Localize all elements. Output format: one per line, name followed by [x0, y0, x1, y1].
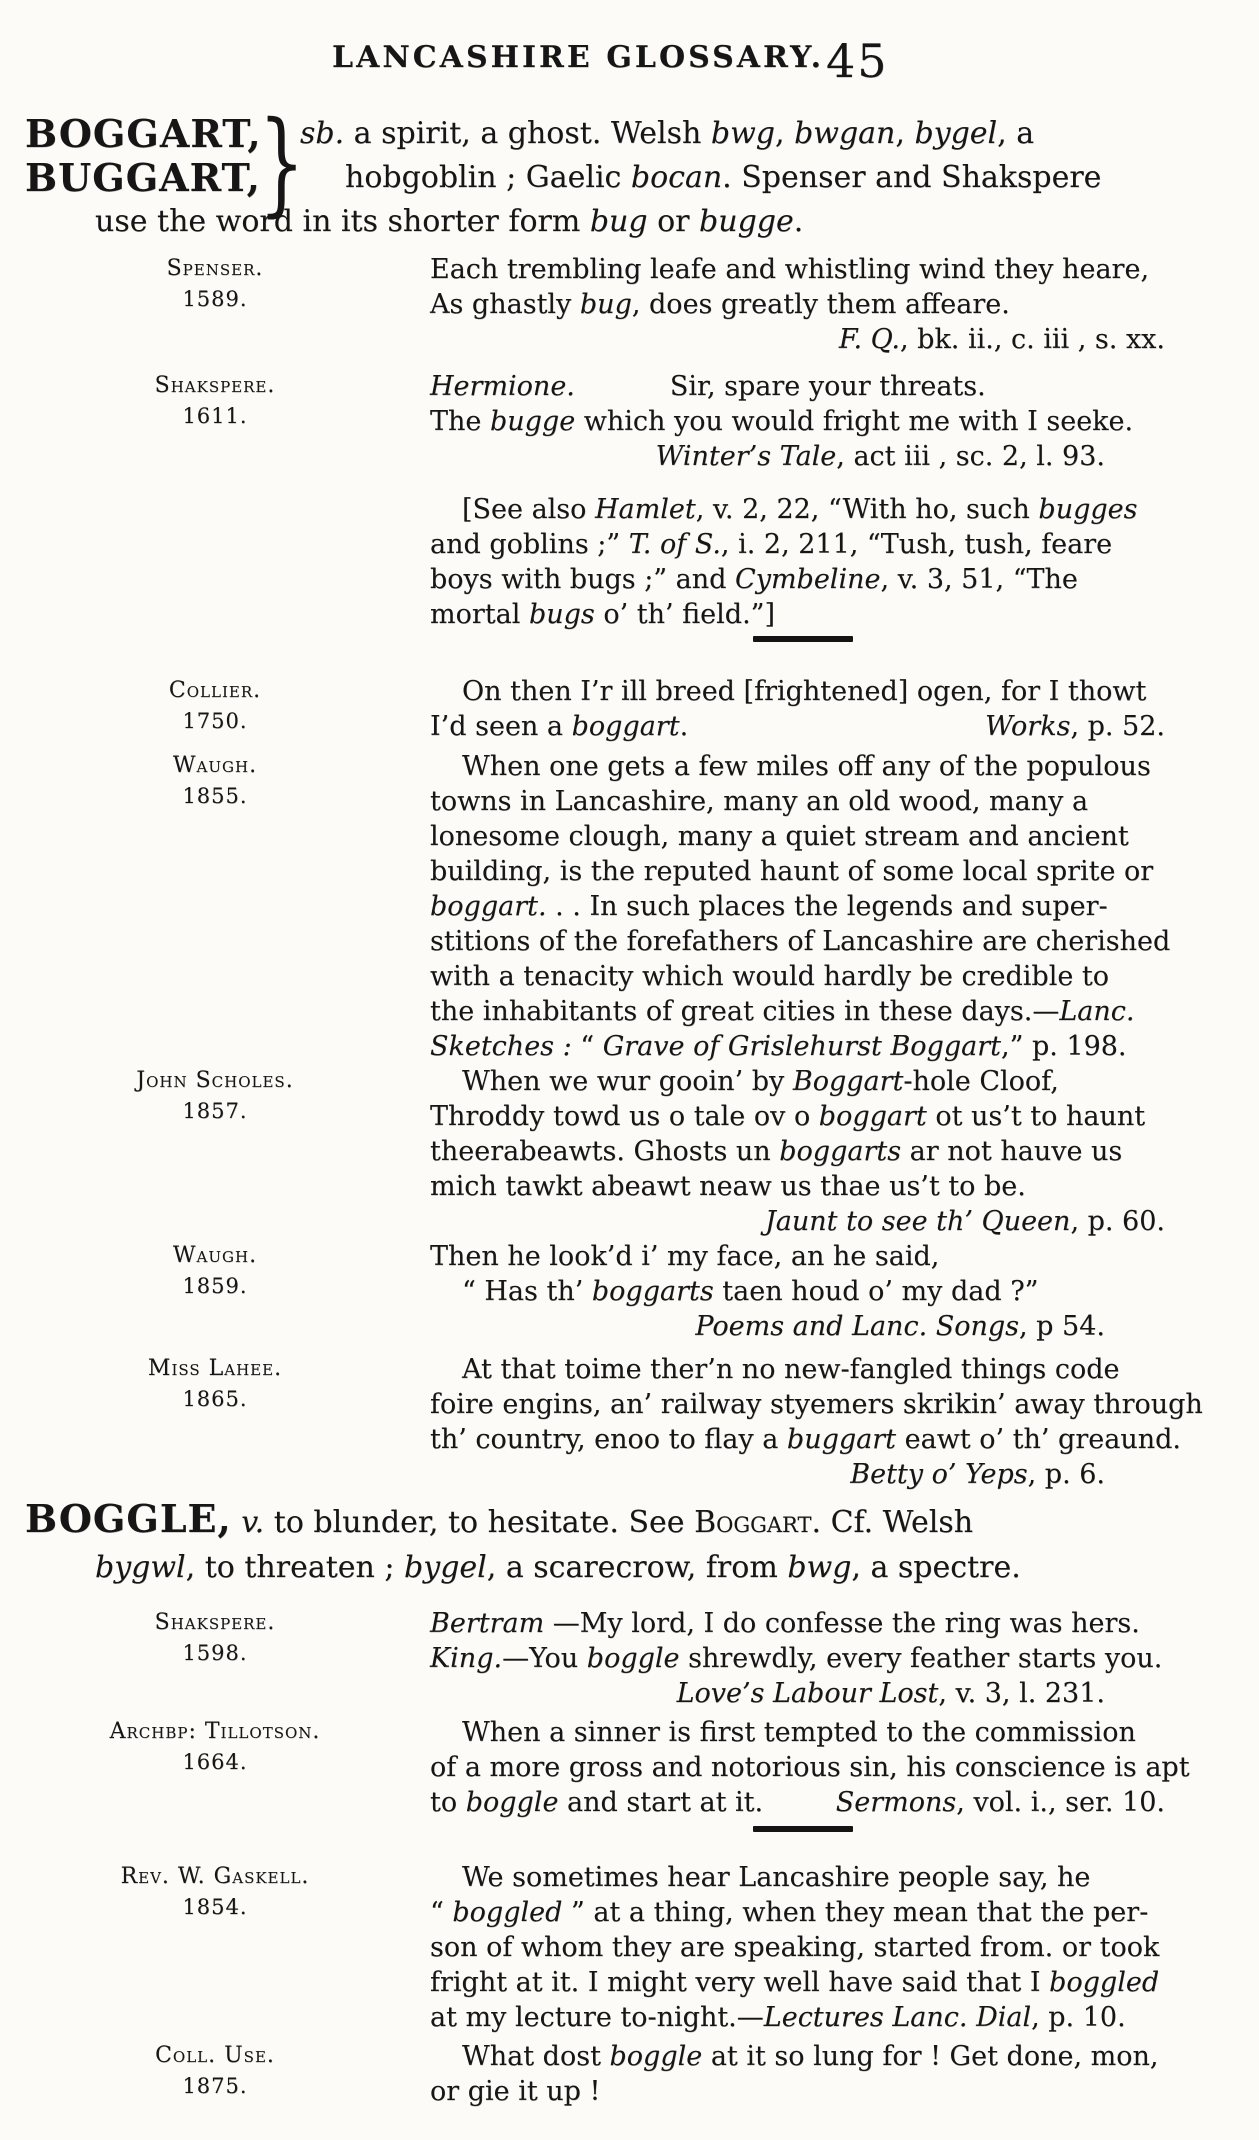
source-year: 1875.: [0, 2071, 430, 2101]
source-year: 1854.: [0, 1892, 430, 1922]
citation-tillotson-1664: Archbp: Tillotson. 1664. When a sinner i…: [0, 1715, 1165, 1820]
source-year: 1865.: [0, 1384, 430, 1414]
citation-gaskell-1854: Rev. W. Gaskell. 1854. We sometimes hear…: [0, 1860, 1165, 2035]
text-line: Each trembling leafe and whistling wind …: [430, 252, 1165, 287]
text-line: stitions of the forefathers of Lancashir…: [430, 924, 1165, 959]
brace-glyph: }: [258, 98, 304, 228]
page-number: 45: [826, 34, 889, 88]
citation-scholes-1857: John Scholes. 1857. When we wur gooin’ b…: [0, 1064, 1165, 1239]
text-line: lonesome clough, many a quiet stream and…: [430, 819, 1165, 854]
entry-boggart: BOGGART, BUGGART, } sb. a spirit, a ghos…: [0, 112, 1165, 244]
text-line: hobgoblin ; Gaelic bocan. Spenser and Sh…: [300, 156, 1165, 200]
citation-quote: When one gets a few miles off any of the…: [430, 749, 1165, 1064]
page-content: BOGGART, BUGGART, } sb. a spirit, a ghos…: [0, 112, 1165, 2109]
entry-headwords: BOGGART, BUGGART,: [25, 112, 262, 200]
source-year: 1855.: [0, 781, 430, 811]
source-name: John Scholes.: [0, 1066, 430, 1096]
text-line: sb. a spirit, a ghost. Welsh bwg, bwgan,…: [300, 112, 1165, 156]
citation-shakspere-1598: Shakspere. 1598. Bertram —My lord, I do …: [0, 1606, 1165, 1711]
text-line: Throddy towd us o tale ov o boggart ot u…: [430, 1099, 1165, 1134]
text-line: “ boggled ” at a thing, when they mean t…: [430, 1895, 1165, 1930]
source-year: 1589.: [0, 284, 430, 314]
citation-quote: Hermione.Sir, spare your threats.The bug…: [430, 369, 1165, 474]
text-line: King.—You boggle shrewdly, every feather…: [430, 1641, 1165, 1676]
source-year: 1859.: [0, 1271, 430, 1301]
citation-source: Shakspere. 1611.: [0, 369, 430, 474]
text-line: F. Q., bk. ii., c. iii , s. xx.: [430, 322, 1165, 357]
citation-collier-1750: Collier. 1750. On then I’r ill breed [fr…: [0, 674, 1165, 744]
text-line: or gie it up !: [430, 2074, 1165, 2109]
text-line: I’d seen a boggart.Works, p. 52.: [430, 709, 1165, 744]
text-line: As ghastly bug, does greatly them affear…: [430, 287, 1165, 322]
text-line: of a more gross and notorious sin, his c…: [430, 1750, 1165, 1785]
text-line: son of whom they are speaking, started f…: [430, 1930, 1165, 1965]
source-name: Collier.: [0, 676, 430, 706]
headword: BUGGART,: [25, 156, 262, 200]
text-line: The bugge which you would fright me with…: [430, 404, 1165, 439]
section-divider: [753, 1826, 853, 1832]
citation-quote: Each trembling leafe and whistling wind …: [430, 252, 1165, 357]
entry-definition: sb. a spirit, a ghost. Welsh bwg, bwgan,…: [300, 112, 1165, 200]
citation-quote: At that toime ther’n no new-fangled thin…: [430, 1352, 1165, 1492]
text-line: to boggle and start at it.Sermons, vol. …: [430, 1785, 1165, 1820]
text-line: th’ country, enoo to flay a buggart eawt…: [430, 1422, 1165, 1457]
citation-source: Waugh. 1859.: [0, 1239, 430, 1344]
citation-see-also-note: [See also Hamlet, v. 2, 22, “With ho, su…: [0, 492, 1165, 632]
text-line: with a tenacity which would hardly be cr…: [430, 959, 1165, 994]
section-divider: [753, 636, 853, 642]
citation-waugh-1855: Waugh. 1855. When one gets a few miles o…: [0, 749, 1165, 1064]
citation-quote: What dost boggle at it so lung for ! Get…: [430, 2039, 1165, 2109]
text-line: mortal bugs o’ th’ field.”]: [430, 597, 1165, 632]
source-year: 1750.: [0, 706, 430, 736]
citation-quote: Then he look’d i’ my face, an he said,“ …: [430, 1239, 1165, 1344]
headword: BOGGART,: [25, 112, 262, 156]
text-line: Betty o’ Yeps, p. 6.: [430, 1457, 1165, 1492]
citation-source: Shakspere. 1598.: [0, 1606, 430, 1711]
text-line: On then I’r ill breed [frightened] ogen,…: [430, 674, 1165, 709]
source-year: 1664.: [0, 1747, 430, 1777]
citation-spenser-1589: Spenser. 1589. Each trembling leafe and …: [0, 252, 1165, 357]
source-name: Waugh.: [0, 751, 430, 781]
text-line: Bertram —My lord, I do confesse the ring…: [430, 1606, 1165, 1641]
citation-quote: When a sinner is first tempted to the co…: [430, 1715, 1165, 1820]
citation-lahee-1865: Miss Lahee. 1865. At that toime ther’n n…: [0, 1352, 1165, 1492]
source-year: 1857.: [0, 1096, 430, 1126]
text-line: at my lecture to-night.—Lectures Lanc. D…: [430, 2000, 1165, 2035]
text-line: Hermione.Sir, spare your threats.: [430, 369, 1165, 404]
citation-source: Coll. Use. 1875.: [0, 2039, 430, 2109]
text-line: theerabeawts. Ghosts un boggarts ar not …: [430, 1134, 1165, 1169]
citation-source: Waugh. 1855.: [0, 749, 430, 1064]
citation-quote: When we wur gooin’ by Boggart-hole Cloof…: [430, 1064, 1165, 1239]
text-line: bygwl, to threaten ; bygel, a scarecrow,…: [25, 1545, 1165, 1590]
text-line: At that toime ther’n no new-fangled thin…: [430, 1352, 1165, 1387]
text-line: When a sinner is first tempted to the co…: [430, 1715, 1165, 1750]
citation-quote: On then I’r ill breed [frightened] ogen,…: [430, 674, 1165, 744]
source-name: Archbp: Tillotson.: [0, 1717, 430, 1747]
text-line: What dost boggle at it so lung for ! Get…: [430, 2039, 1165, 2074]
text-line: Sketches : “ Grave of Grislehurst Boggar…: [430, 1029, 1165, 1064]
source-name: Coll. Use.: [0, 2041, 430, 2071]
source-year: 1611.: [0, 401, 430, 431]
citation-quote: [See also Hamlet, v. 2, 22, “With ho, su…: [430, 492, 1165, 632]
citation-source: Collier. 1750.: [0, 674, 430, 744]
text-line: foire engins, an’ railway styemers skrik…: [430, 1387, 1165, 1422]
text-line: boys with bugs ;” and Cymbeline, v. 3, 5…: [430, 562, 1165, 597]
text-line: and goblins ;” T. of S., i. 2, 211, “Tus…: [430, 527, 1165, 562]
text-line: BOGGLE, v. to blunder, to hesitate. See …: [25, 1496, 1165, 1545]
entry-boggle: BOGGLE, v. to blunder, to hesitate. See …: [25, 1496, 1165, 1590]
text-line: Love’s Labour Lost, v. 3, l. 231.: [430, 1676, 1165, 1711]
text-line: When we wur gooin’ by Boggart-hole Cloof…: [430, 1064, 1165, 1099]
source-name: Miss Lahee.: [0, 1354, 430, 1384]
citation-source: Miss Lahee. 1865.: [0, 1352, 430, 1492]
citation-coll-use-1875: Coll. Use. 1875. What dost boggle at it …: [0, 2039, 1165, 2109]
text-line: towns in Lancashire, many an old wood, m…: [430, 784, 1165, 819]
entry-definition: BOGGLE, v. to blunder, to hesitate. See …: [25, 1496, 1165, 1590]
text-line: fright at it. I might very well have sai…: [430, 1965, 1165, 2000]
citation-quote: We sometimes hear Lancashire people say,…: [430, 1860, 1165, 2035]
text-line: boggart. . . In such places the legends …: [430, 889, 1165, 924]
citation-waugh-1859: Waugh. 1859. Then he look’d i’ my face, …: [0, 1239, 1165, 1344]
citation-shakspere-1611: Shakspere. 1611. Hermione.Sir, spare you…: [0, 369, 1165, 474]
citation-quote: Bertram —My lord, I do confesse the ring…: [430, 1606, 1165, 1711]
citation-source: Rev. W. Gaskell. 1854.: [0, 1860, 430, 2035]
source-name: Rev. W. Gaskell.: [0, 1862, 430, 1892]
text-line: use the word in its shorter form bug or …: [95, 200, 1165, 244]
source-name: Waugh.: [0, 1241, 430, 1271]
text-line: the inhabitants of great cities in these…: [430, 994, 1165, 1029]
source-name: Shakspere.: [0, 1608, 430, 1638]
citation-source: [0, 492, 430, 632]
glossary-page: LANCASHIRE GLOSSARY. 45 BOGGART, BUGGART…: [0, 0, 1259, 2140]
text-line: Winter’s Tale, act iii , sc. 2, l. 93.: [430, 439, 1165, 474]
text-line: When one gets a few miles off any of the…: [430, 749, 1165, 784]
text-line: We sometimes hear Lancashire people say,…: [430, 1860, 1165, 1895]
text-line: Poems and Lanc. Songs, p 54.: [430, 1309, 1165, 1344]
citation-source: John Scholes. 1857.: [0, 1064, 430, 1239]
text-line: building, is the reputed haunt of some l…: [430, 854, 1165, 889]
source-name: Spenser.: [0, 254, 430, 284]
source-year: 1598.: [0, 1638, 430, 1668]
text-line: Jaunt to see th’ Queen, p. 60.: [430, 1204, 1165, 1239]
text-line: [See also Hamlet, v. 2, 22, “With ho, su…: [430, 492, 1165, 527]
citation-source: Spenser. 1589.: [0, 252, 430, 357]
entry-definition-continuation: use the word in its shorter form bug or …: [95, 200, 1165, 244]
source-name: Shakspere.: [0, 371, 430, 401]
text-line: Then he look’d i’ my face, an he said,: [430, 1239, 1165, 1274]
text-line: mich tawkt abeawt neaw us thae us’t to b…: [430, 1169, 1165, 1204]
text-line: “ Has th’ boggarts taen houd o’ my dad ?…: [430, 1274, 1165, 1309]
page-title: LANCASHIRE GLOSSARY.: [332, 40, 824, 75]
citation-source: Archbp: Tillotson. 1664.: [0, 1715, 430, 1820]
